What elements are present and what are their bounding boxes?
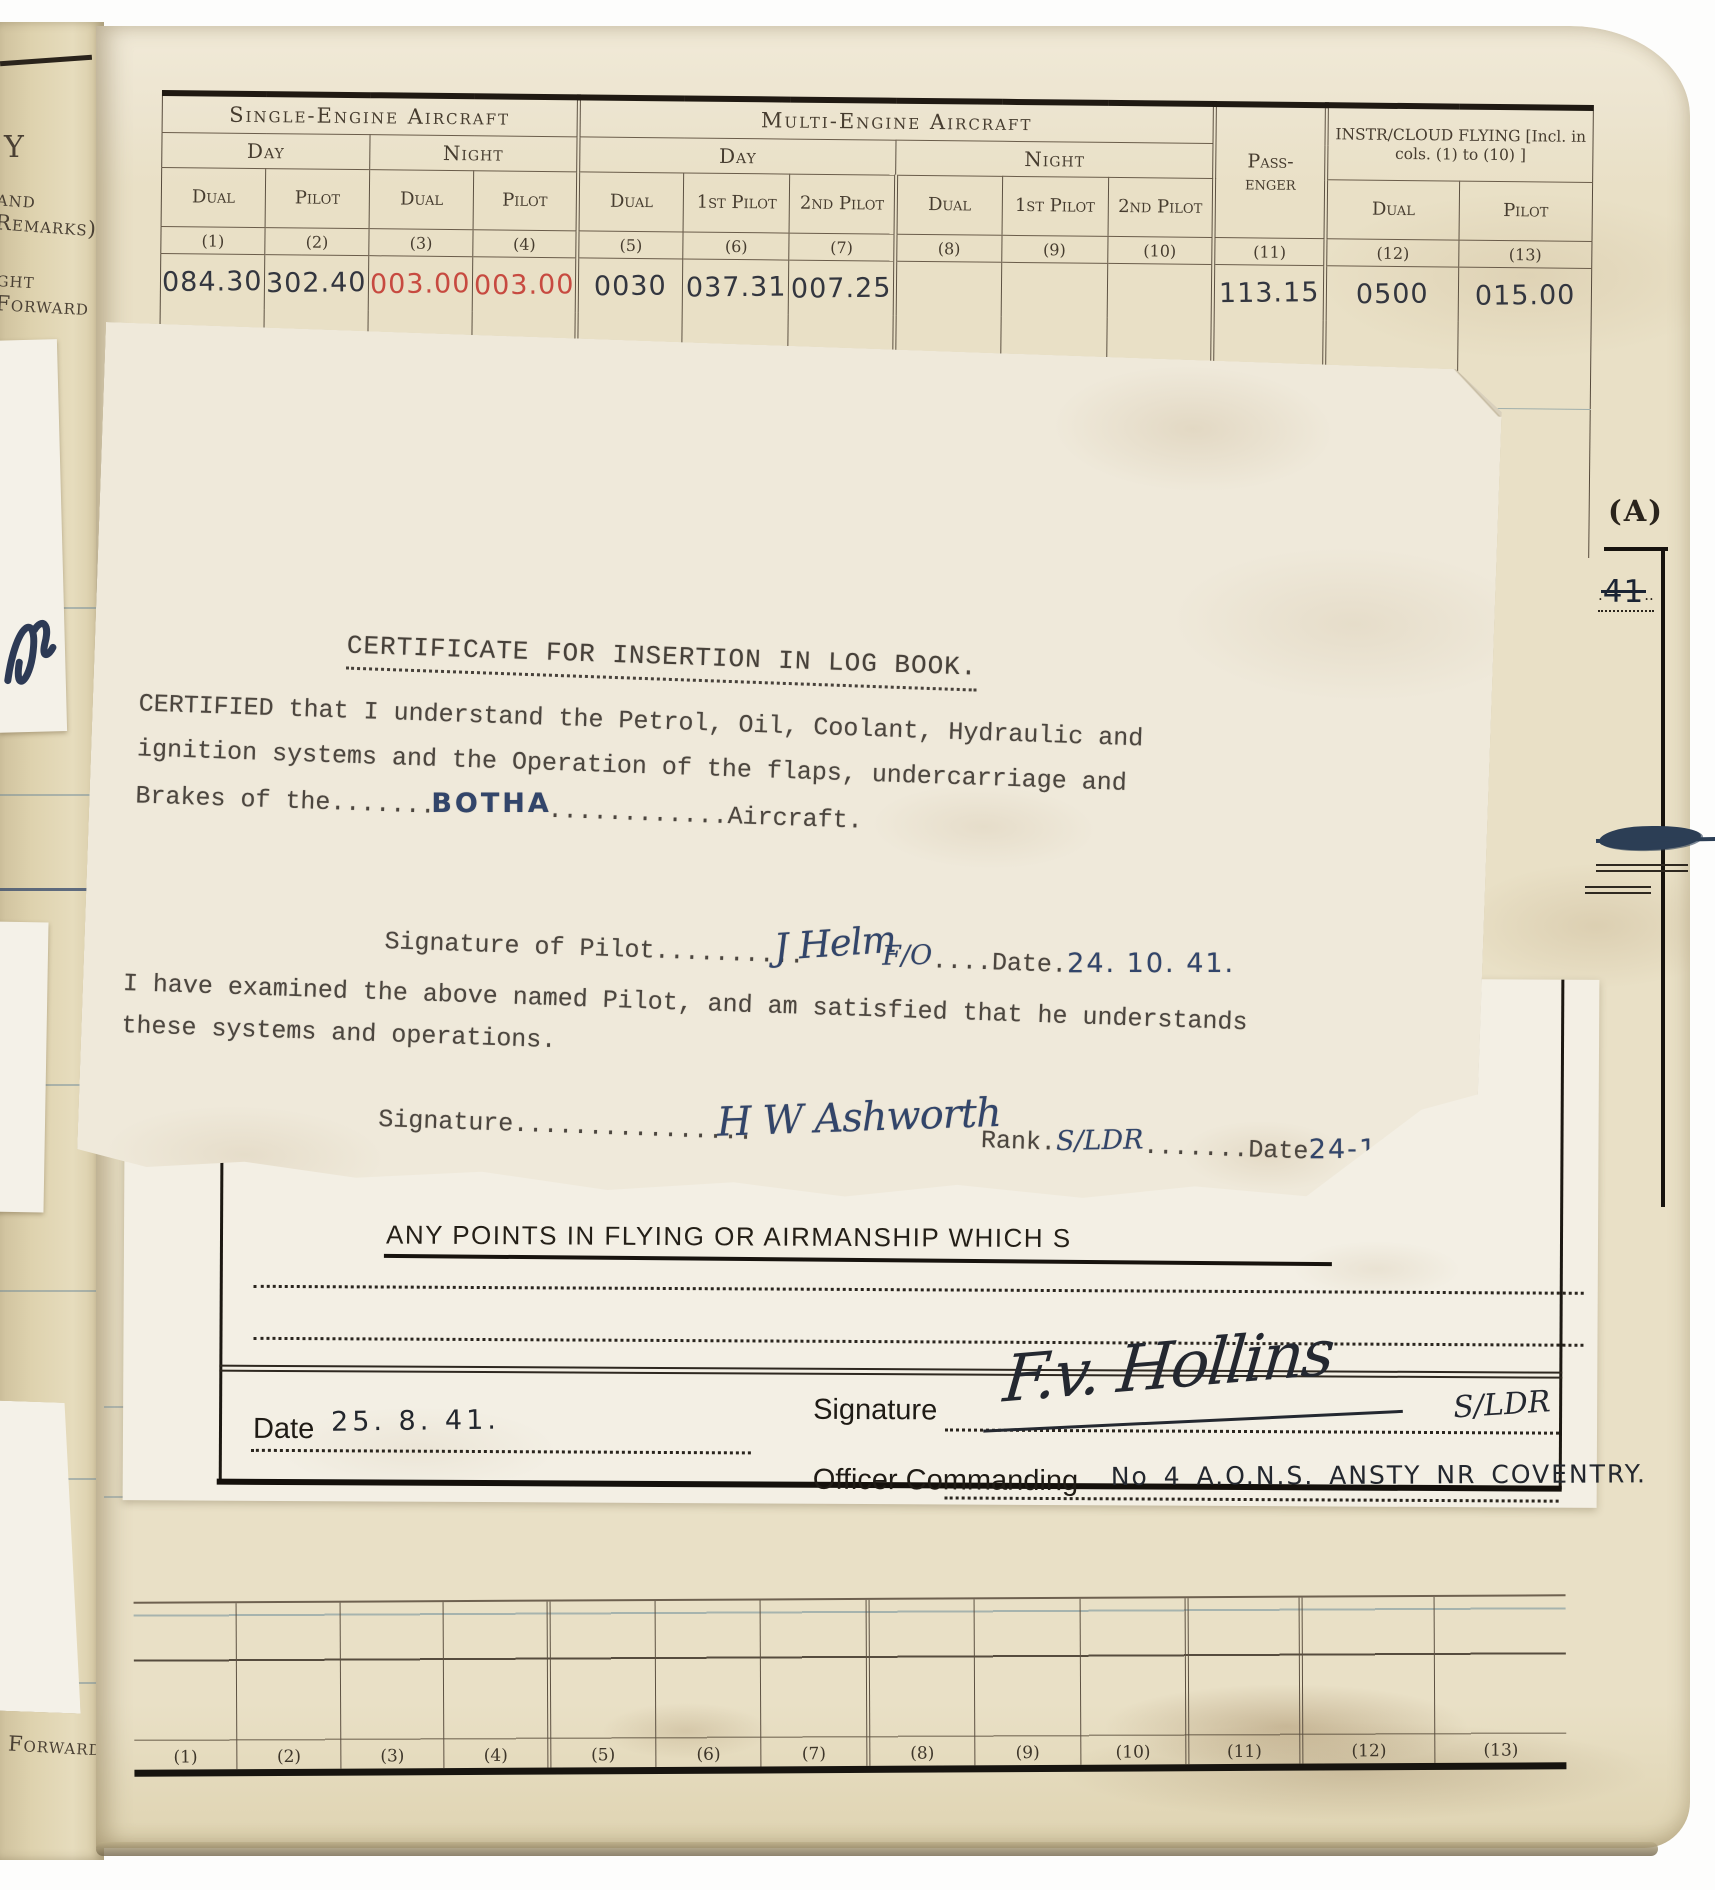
col-num-10: (10) — [1107, 236, 1213, 264]
col-header-1: Dual — [161, 168, 266, 228]
passenger-line1: Pass- — [1247, 150, 1293, 172]
col-header-6: 1st Pilot — [683, 173, 790, 233]
section-a-label: (A) — [1608, 494, 1664, 528]
value-col-8 — [895, 261, 1002, 317]
form-border — [1559, 980, 1565, 1490]
col-num-6: (6) — [683, 232, 789, 260]
examiner-signature-label: Signature — [378, 1105, 514, 1139]
value-col-4: 003.00 — [472, 257, 577, 313]
handwritten-date: 25. 8. 41. — [331, 1405, 500, 1438]
col-header-9: 1st Pilot — [1002, 176, 1109, 236]
pilot-rank: F/O — [882, 940, 933, 972]
certificate-body: CERTIFIED that I understand the Petrol, … — [135, 681, 1379, 861]
date-label: Date — [253, 1413, 314, 1446]
inner-box-top-rule — [1604, 547, 1668, 551]
inner-box-left-rule — [1661, 547, 1665, 1207]
signature-rank: S/LDR — [1452, 1384, 1551, 1425]
left-fragment-brought-forward: ght Forward — [0, 267, 105, 321]
officer-commanding-unit: No 4 A.O.N.S. ANSTY NR COVENTRY. — [1111, 1459, 1647, 1491]
form-header: ANY POINTS IN FLYING OR AIRMANSHIP WHICH… — [386, 1220, 1346, 1256]
ruled-line — [0, 1290, 104, 1292]
rule-fragment — [1585, 892, 1651, 894]
passenger-line2: enger — [1245, 172, 1296, 195]
officer-commanding-dotted-line — [945, 1496, 1559, 1502]
value-col-1: 084.30 — [160, 253, 265, 309]
value-col-9 — [1001, 262, 1108, 318]
col-num-12: (12) — [1326, 239, 1459, 267]
bottom-column-strip: (1) (2) (3) (4) (5) (6) (7) (8) (9) (10)… — [134, 1594, 1567, 1776]
year-annotation: .41.. — [1598, 572, 1654, 612]
bottom-col-8: (8) — [865, 1599, 974, 1766]
col-header-7: 2nd Pilot — [789, 174, 896, 234]
examiner-rank: S/LDR — [1056, 1124, 1144, 1157]
left-fragment-remarks: and Remarks) — [0, 186, 106, 241]
value-col-2: 302.40 — [264, 255, 369, 311]
col-header-4: Pilot — [473, 171, 578, 231]
bottom-col-7: (7) — [760, 1600, 866, 1767]
date-dotted-line — [251, 1449, 751, 1455]
value-col-13: 015.00 — [1458, 267, 1592, 323]
col-header-3: Dual — [369, 170, 474, 230]
multi-night-header: Night — [896, 140, 1215, 178]
dotted-writing-line — [253, 1337, 1583, 1347]
passenger-header: Pass- enger — [1214, 104, 1327, 239]
pilot-signature-label: Signature of Pilot — [384, 927, 655, 965]
multi-day-header: Day — [578, 137, 897, 175]
multi-engine-header: Multi-Engine Aircraft — [578, 97, 1215, 143]
col-num-2: (2) — [265, 228, 369, 256]
signature-label: Signature — [813, 1394, 937, 1428]
examiner-signature: H W Ashworth — [716, 1090, 1001, 1146]
col-num-7: (7) — [789, 233, 895, 261]
col-header-5: Dual — [577, 172, 684, 232]
col-num-5: (5) — [577, 231, 683, 259]
handwritten-year: 41 — [1603, 574, 1644, 610]
commanding-officer-signature: F.v. Hollins — [1000, 1316, 1336, 1418]
officer-commanding-label: Officer Commanding — [813, 1464, 1079, 1498]
handwritten-aircraft-type: BOTHA — [431, 781, 551, 826]
pasted-scrap — [0, 339, 67, 733]
col-num-1: (1) — [161, 226, 265, 254]
instr-cloud-header: INSTR/CLOUD FLYING [Incl. in cols. (1) t… — [1326, 105, 1593, 182]
col-header-13: Pilot — [1459, 181, 1593, 241]
bottom-col-3: (3) — [339, 1602, 443, 1769]
examiner-line-2: these systems and operations. — [121, 1011, 557, 1055]
bottom-col-12: (12) — [1299, 1597, 1435, 1764]
col-header-12: Dual — [1326, 180, 1460, 240]
body-line-3-suffix: ............Aircraft. — [547, 796, 863, 836]
col-header-10: 2nd Pilot — [1108, 177, 1215, 237]
bottom-col-9: (9) — [974, 1599, 1080, 1766]
bottom-col-1: (1) — [134, 1603, 237, 1770]
body-line-3-prefix: Brakes of the....... — [135, 781, 436, 820]
form-header-underline — [384, 1254, 1332, 1266]
left-fragment-duty: Y — [4, 130, 25, 165]
left-page-top-rule — [0, 55, 92, 66]
bottom-col-5: (5) — [546, 1601, 655, 1768]
value-col-7: 007.25 — [789, 260, 896, 316]
value-col-6: 037.31 — [683, 259, 790, 315]
col-num-8: (8) — [895, 234, 1001, 262]
ruled-line-dark — [0, 888, 100, 891]
value-col-3: 003.00 — [368, 256, 473, 312]
logbook-page-photo: Y and Remarks) ght Forward Forward — [0, 0, 1715, 1890]
rule-fragment — [1596, 870, 1688, 872]
bottom-col-11: (11) — [1184, 1598, 1299, 1765]
value-col-10 — [1107, 263, 1214, 319]
logbook-right-page: Single-Engine Aircraft Multi-Engine Airc… — [96, 26, 1690, 1848]
value-col-11: 113.15 — [1213, 265, 1326, 321]
col-num-11: (11) — [1213, 238, 1325, 266]
bottom-col-13: (13) — [1434, 1596, 1567, 1763]
examiner-date-label: Date — [1248, 1135, 1309, 1166]
dotted-writing-line — [254, 1285, 1584, 1295]
single-engine-header: Single-Engine Aircraft — [162, 93, 579, 137]
ruled-line — [0, 794, 104, 796]
left-fragment-forward: Forward — [7, 1732, 102, 1761]
single-day-header: Day — [162, 133, 370, 170]
single-night-header: Night — [370, 135, 578, 172]
page-bottom-edge — [96, 1842, 1658, 1856]
col-num-9: (9) — [1001, 235, 1107, 263]
ink-squiggle — [0, 589, 61, 711]
value-col-5: 0030 — [576, 258, 683, 314]
pilot-date-label: Date. — [991, 948, 1067, 980]
col-num-3: (3) — [369, 229, 473, 257]
bottom-col-10: (10) — [1079, 1598, 1185, 1765]
pasted-scrap — [0, 922, 49, 1213]
pilot-signature: J Helm — [773, 918, 897, 969]
col-header-8: Dual — [895, 175, 1002, 235]
certificate-title: CERTIFICATE FOR INSERTION IN LOG BOOK. — [346, 631, 978, 692]
rule-fragment — [1585, 886, 1651, 888]
col-num-13: (13) — [1459, 240, 1592, 268]
bottom-col-2: (2) — [236, 1603, 340, 1770]
col-header-2: Pilot — [265, 169, 370, 229]
pasted-scrap — [0, 1400, 91, 1713]
col-num-4: (4) — [473, 230, 577, 258]
bottom-col-6: (6) — [655, 1600, 761, 1767]
value-col-12: 0500 — [1325, 266, 1459, 322]
pasted-certificate: CERTIFICATE FOR INSERTION IN LOG BOOK. C… — [76, 322, 1503, 1232]
rule-fragment — [1596, 864, 1688, 866]
pilot-date: 24. 10. 41. — [1067, 948, 1235, 979]
bottom-col-4: (4) — [443, 1602, 547, 1769]
